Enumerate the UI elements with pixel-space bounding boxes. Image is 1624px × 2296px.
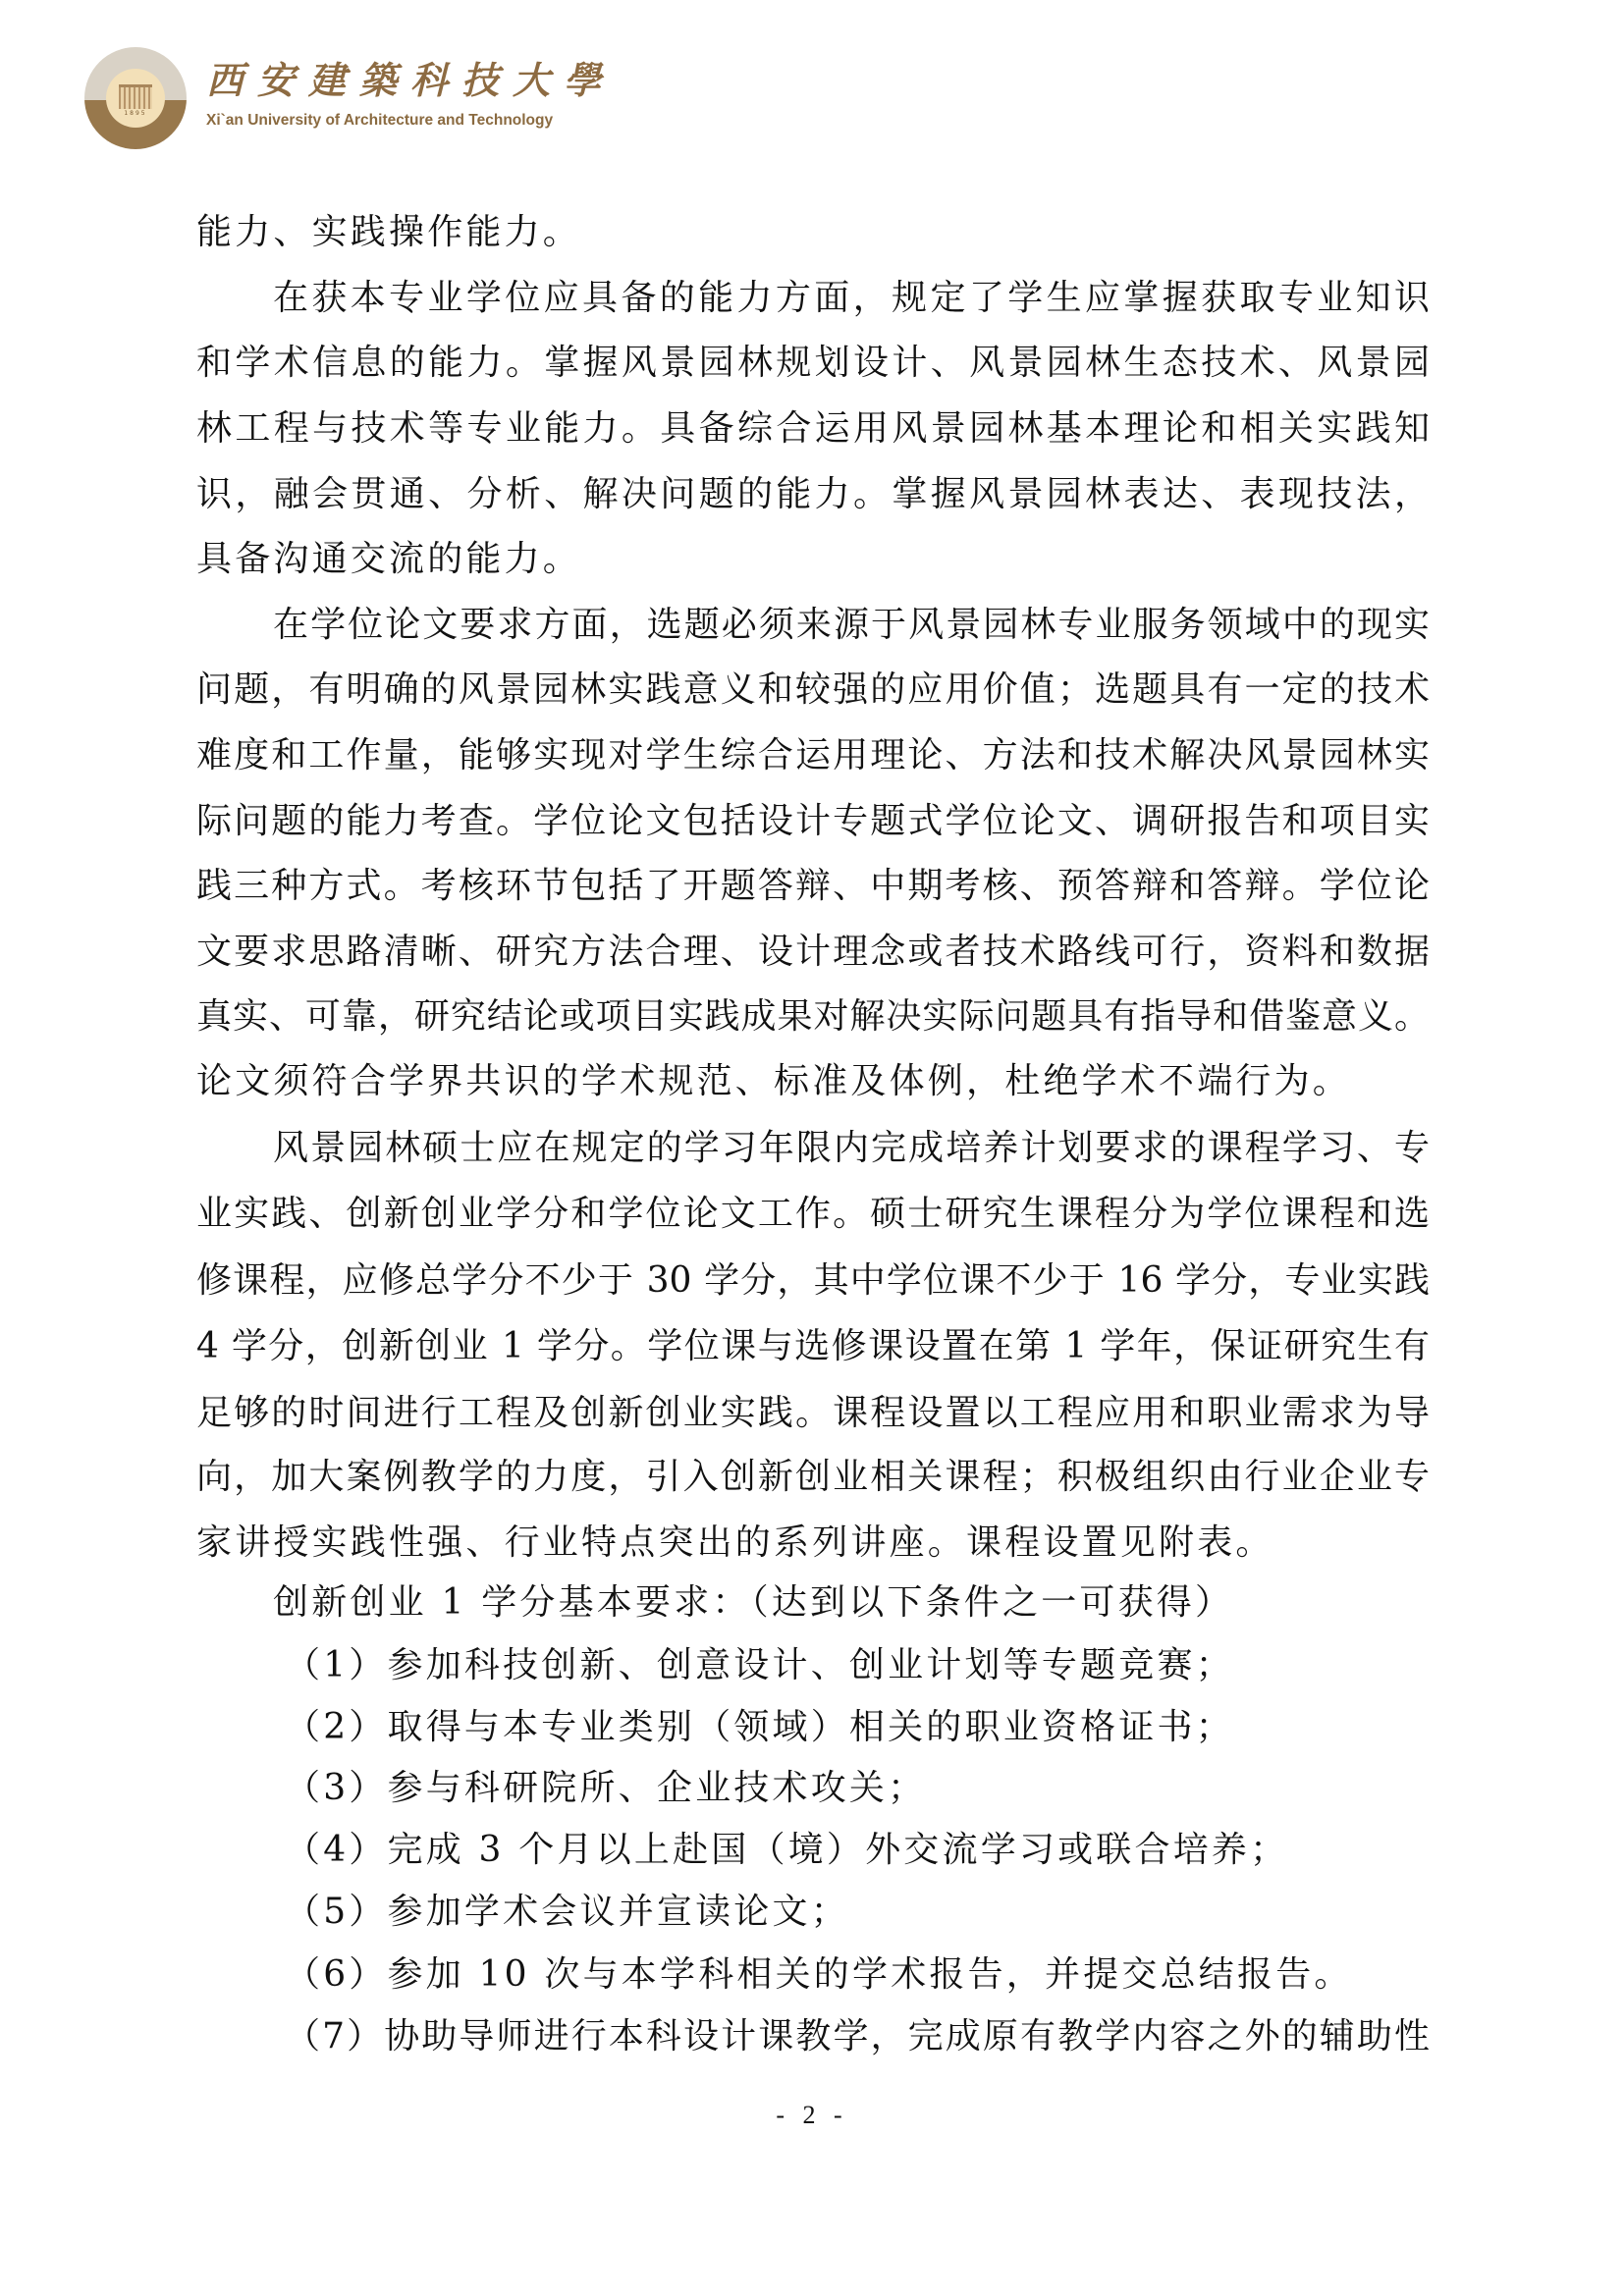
innovation-item: （1）参加科技创新、创意设计、创业计划等专题竞赛； — [285, 1633, 1430, 1698]
innovation-item: （3）参与科研院所、企业技术攻关； — [285, 1756, 1430, 1821]
innovation-item: （6）参加 10 次与本学科相关的学术报告，并提交总结报告。 — [285, 1943, 1430, 2007]
paragraph-line: 识，融会贯通、分析、解决问题的能力。掌握风景园林表达、表现技法， — [196, 462, 1430, 527]
paragraph-line: 在获本专业学位应具备的能力方面，规定了学生应掌握获取专业知识 — [273, 266, 1430, 331]
university-seal-icon: 1895 — [84, 47, 187, 149]
seal-year: 1895 — [106, 110, 165, 117]
paragraph-line: 文要求思路清晰、研究方法合理、设计理念或者技术路线可行，资料和数据 — [196, 920, 1430, 985]
paragraph-line: 业实践、创新创业学分和学位论文工作。硕士研究生课程分为学位课程和选 — [196, 1182, 1430, 1247]
paragraph-line: 问题，有明确的风景园林实践意义和较强的应用价值；选题具有一定的技术 — [196, 658, 1430, 722]
paragraph-line: 论文须符合学界共识的学术规范、标准及体例，杜绝学术不端行为。 — [196, 1049, 1430, 1114]
paragraph-line: 林工程与技术等专业能力。具备综合运用风景园林基本理论和相关实践知 — [196, 397, 1430, 461]
paragraph-line: 能力、实践操作能力。 — [196, 200, 1430, 265]
paragraph-line: 在学位论文要求方面，选题必须来源于风景园林专业服务领域中的现实 — [273, 593, 1430, 658]
paragraph-line: 风景园林硕士应在规定的学习年限内完成培养计划要求的课程学习、专 — [273, 1116, 1430, 1181]
university-name-english: Xi`an University of Architecture and Tec… — [206, 112, 589, 130]
paragraph-line: 难度和工作量，能够实现对学生综合运用理论、方法和技术解决风景园林实 — [196, 723, 1430, 788]
innovation-item: （2）取得与本专业类别（领域）相关的职业资格证书； — [285, 1695, 1430, 1760]
innovation-heading: 创新创业 1 学分基本要求：（达到以下条件之一可获得） — [273, 1571, 1430, 1635]
innovation-item: （5）参加学术会议并宣读论文； — [285, 1880, 1430, 1945]
paragraph-line: 真实、可靠，研究结论或项目实践成果对解决实际问题具有指导和借鉴意义。 — [196, 985, 1430, 1049]
paragraph-line: 际问题的能力考查。学位论文包括设计专题式学位论文、调研报告和项目实 — [196, 789, 1430, 854]
paragraph-line: 修课程，应修总学分不少于 30 学分，其中学位课不少于 16 学分，专业实践 — [196, 1249, 1430, 1313]
innovation-item: （7）协助导师进行本科设计课教学，完成原有教学内容之外的辅助性 — [285, 2004, 1430, 2069]
university-name-chinese: 西安建築科技大學 — [206, 57, 589, 104]
paragraph-line: 践三种方式。考核环节包括了开题答辩、中期考核、预答辩和答辩。学位论 — [196, 854, 1430, 919]
paragraph-line: 4 学分，创新创业 1 学分。学位课与选修课设置在第 1 学年，保证研究生有 — [196, 1314, 1430, 1379]
innovation-item: （4）完成 3 个月以上赴国（境）外交流学习或联合培养； — [285, 1818, 1430, 1883]
letterhead: 1895 西安建築科技大學 Xi`an University of Archit… — [79, 39, 628, 167]
page-number: - 2 - — [0, 2101, 1624, 2130]
paragraph-line: 和学术信息的能力。掌握风景园林规划设计、风景园林生态技术、风景园 — [196, 331, 1430, 396]
paragraph-line: 具备沟通交流的能力。 — [196, 527, 1430, 592]
paragraph-line: 足够的时间进行工程及创新创业实践。课程设置以工程应用和职业需求为导 — [196, 1381, 1430, 1446]
building-icon — [119, 84, 152, 109]
paragraph-line: 向，加大案例教学的力度，引入创新创业相关课程；积极组织由行业企业专 — [196, 1445, 1430, 1510]
seal-inner: 1895 — [106, 69, 165, 128]
paragraph-line: 家讲授实践性强、行业特点突出的系列讲座。课程设置见附表。 — [196, 1511, 1430, 1575]
